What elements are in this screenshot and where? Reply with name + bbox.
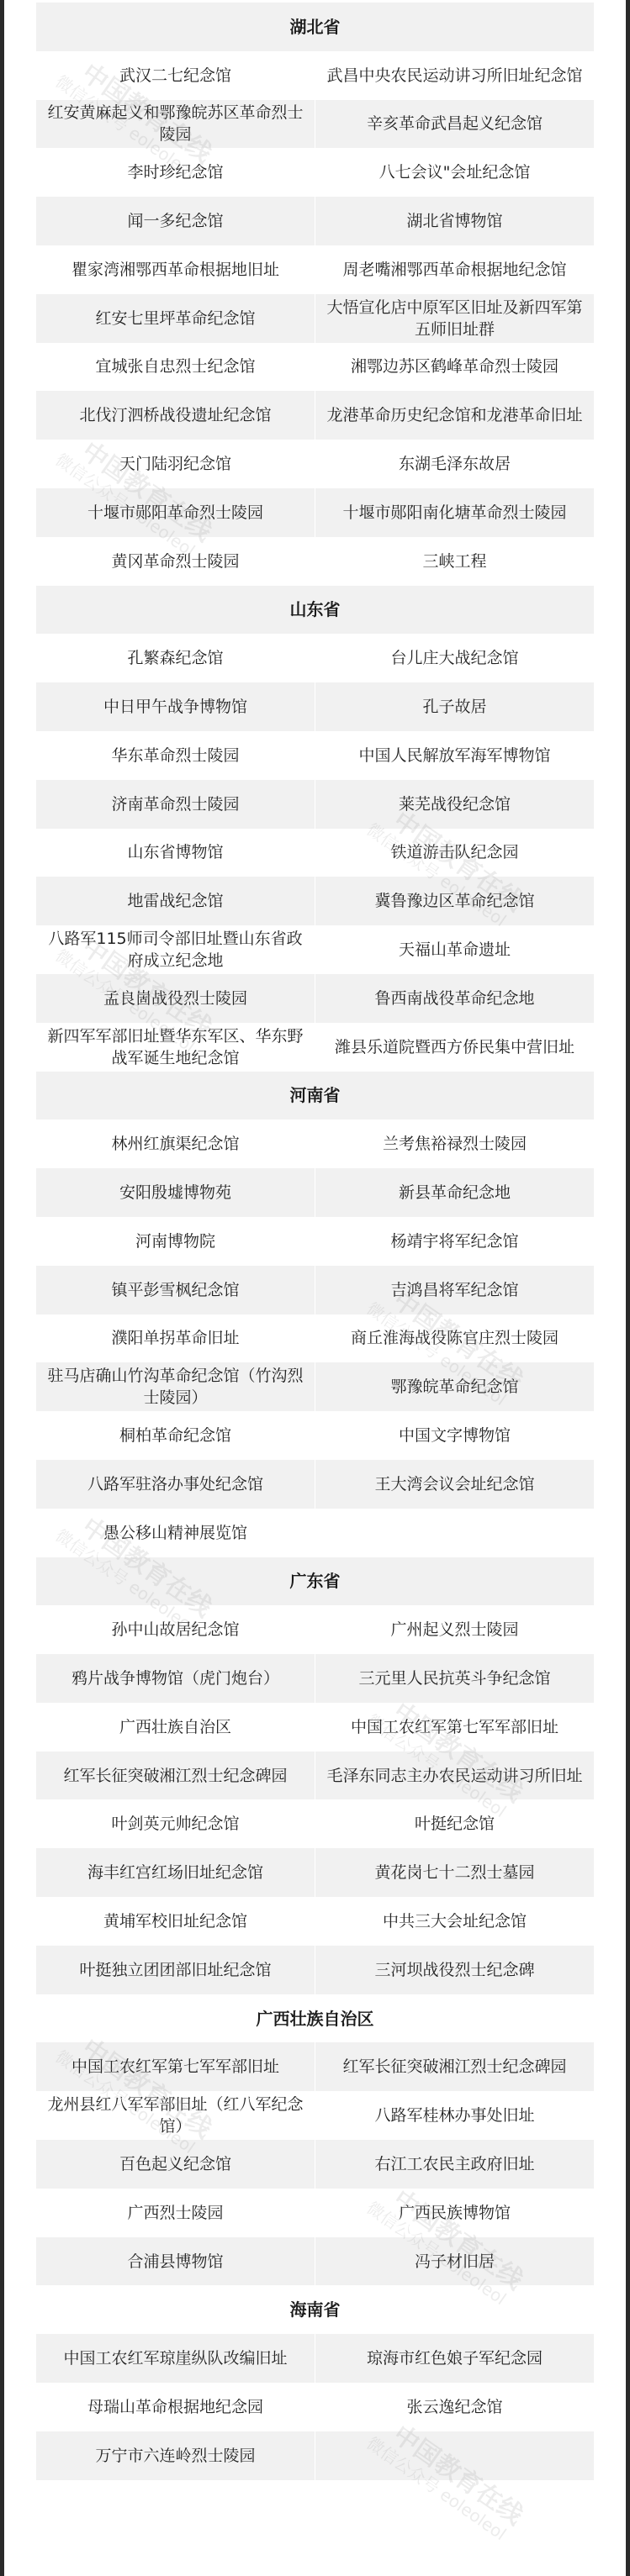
table-row: 安阳殷墟博物苑新县革命纪念地 bbox=[36, 1168, 594, 1217]
section-title: 山东省 bbox=[36, 586, 594, 635]
site-name-right: 湘鄂边苏区鹤峰革命烈士陵园 bbox=[315, 343, 595, 392]
site-name-right: 孔子故居 bbox=[315, 682, 595, 731]
site-name-left: 愚公移山精神展览馆 bbox=[36, 1509, 315, 1557]
site-name-right: 鲁西南战役革命纪念地 bbox=[315, 974, 595, 1023]
site-name-left: 百色起义纪念馆 bbox=[36, 2140, 315, 2189]
site-name-right bbox=[315, 1509, 595, 1557]
site-name-right: 吉鸿昌将军纪念馆 bbox=[315, 1266, 595, 1314]
site-name-right: 中国人民解放军海军博物馆 bbox=[315, 731, 595, 780]
site-name-left: 驻马店确山竹沟革命纪念馆（竹沟烈士陵园） bbox=[36, 1362, 315, 1411]
site-name-left: 十堰市郧阳革命烈士陵园 bbox=[36, 488, 315, 537]
site-name-left: 八路军驻洛办事处纪念馆 bbox=[36, 1460, 315, 1509]
table-row: 鸦片战争博物馆（虎门炮台）三元里人民抗英斗争纪念馆 bbox=[36, 1654, 594, 1703]
site-name-left: 海丰红宫红场旧址纪念馆 bbox=[36, 1848, 315, 1897]
site-name-left: 濮阳单拐革命旧址 bbox=[36, 1314, 315, 1363]
site-name-right: 琼海市红色娘子军纪念园 bbox=[315, 2334, 595, 2383]
table-row: 驻马店确山竹沟革命纪念馆（竹沟烈士陵园）鄂豫皖革命纪念馆 bbox=[36, 1362, 594, 1411]
site-name-left: 黄埔军校旧址纪念馆 bbox=[36, 1897, 315, 1946]
site-name-left: 镇平彭雪枫纪念馆 bbox=[36, 1266, 315, 1314]
section-header-row: 湖北省 bbox=[36, 3, 594, 51]
table-row: 八路军115师司令部旧址暨山东省政府成立纪念地天福山革命遗址 bbox=[36, 925, 594, 974]
table-row: 天门陆羽纪念馆东湖毛泽东故居 bbox=[36, 440, 594, 488]
site-name-left: 北伐汀泗桥战役遗址纪念馆 bbox=[36, 391, 315, 440]
site-name-right: 台儿庄大战纪念馆 bbox=[315, 634, 595, 682]
site-name-left: 八路军115师司令部旧址暨山东省政府成立纪念地 bbox=[36, 925, 315, 974]
table-row: 中日甲午战争博物馆孔子故居 bbox=[36, 682, 594, 731]
table-row: 濮阳单拐革命旧址商丘淮海战役陈官庄烈士陵园 bbox=[36, 1314, 594, 1363]
table-row: 宜城张自忠烈士纪念馆湘鄂边苏区鹤峰革命烈士陵园 bbox=[36, 343, 594, 392]
site-name-right: 八七会议"会址纪念馆 bbox=[315, 148, 595, 197]
site-name-right: 鄂豫皖革命纪念馆 bbox=[315, 1362, 595, 1411]
site-name-left: 黄冈革命烈士陵园 bbox=[36, 537, 315, 586]
site-name-left: 孙中山故居纪念馆 bbox=[36, 1605, 315, 1654]
site-name-right: 中共三大会址纪念馆 bbox=[315, 1897, 595, 1946]
table-row: 愚公移山精神展览馆 bbox=[36, 1509, 594, 1557]
site-name-right: 毛泽东同志主办农民运动讲习所旧址 bbox=[315, 1752, 595, 1800]
table-row: 山东省博物馆铁道游击队纪念园 bbox=[36, 829, 594, 877]
site-name-right: 三峡工程 bbox=[315, 537, 595, 586]
site-name-right: 铁道游击队纪念园 bbox=[315, 829, 595, 877]
site-name-left: 武汉二七纪念馆 bbox=[36, 51, 315, 100]
table-row: 镇平彭雪枫纪念馆吉鸿昌将军纪念馆 bbox=[36, 1266, 594, 1314]
site-name-left: 孟良崮战役烈士陵园 bbox=[36, 974, 315, 1023]
site-name-left: 河南博物院 bbox=[36, 1217, 315, 1266]
site-name-right: 莱芜战役纪念馆 bbox=[315, 780, 595, 829]
site-name-right: 兰考焦裕禄烈士陵园 bbox=[315, 1119, 595, 1168]
site-name-right: 红军长征突破湘江烈士纪念碑园 bbox=[315, 2042, 595, 2091]
site-name-left: 林州红旗渠纪念馆 bbox=[36, 1119, 315, 1168]
table-row: 百色起义纪念馆右江工农民主政府旧址 bbox=[36, 2140, 594, 2189]
site-name-left: 万宁市六连岭烈士陵园 bbox=[36, 2431, 315, 2480]
site-name-right: 龙港革命历史纪念馆和龙港革命旧址 bbox=[315, 391, 595, 440]
site-name-right: 湖北省博物馆 bbox=[315, 197, 595, 245]
site-name-right: 广州起义烈士陵园 bbox=[315, 1605, 595, 1654]
right-frame-border bbox=[626, 0, 630, 2576]
table-row: 叶剑英元帅纪念馆叶挺纪念馆 bbox=[36, 1799, 594, 1848]
section-header-row: 河南省 bbox=[36, 1072, 594, 1120]
site-name-right: 三河坝战役烈士纪念碑 bbox=[315, 1946, 595, 1994]
site-name-right bbox=[315, 2431, 595, 2480]
site-name-left: 广西壮族自治区 bbox=[36, 1703, 315, 1752]
table-row: 中国工农红军第七军军部旧址红军长征突破湘江烈士纪念碑园 bbox=[36, 2042, 594, 2091]
table-row: 母瑞山革命根据地纪念园张云逸纪念馆 bbox=[36, 2383, 594, 2431]
table-row: 地雷战纪念馆冀鲁豫边区革命纪念馆 bbox=[36, 877, 594, 925]
site-name-right: 大悟宣化店中原军区旧址及新四军第五师旧址群 bbox=[315, 294, 595, 343]
table-row: 黄埔军校旧址纪念馆中共三大会址纪念馆 bbox=[36, 1897, 594, 1946]
site-name-right: 中国文字博物馆 bbox=[315, 1411, 595, 1460]
table-row: 十堰市郧阳革命烈士陵园十堰市郧阳南化塘革命烈士陵园 bbox=[36, 488, 594, 537]
table-body: 湖北省武汉二七纪念馆武昌中央农民运动讲习所旧址纪念馆红安黄麻起义和鄂豫皖苏区革命… bbox=[36, 3, 594, 2480]
section-header-row: 广东省 bbox=[36, 1557, 594, 1606]
table-row: 合浦县博物馆冯子材旧居 bbox=[36, 2237, 594, 2286]
site-name-left: 龙州县红八军军部旧址（红八军纪念馆） bbox=[36, 2091, 315, 2140]
site-name-right: 冯子材旧居 bbox=[315, 2237, 595, 2286]
table-row: 李时珍纪念馆八七会议"会址纪念馆 bbox=[36, 148, 594, 197]
table-row: 红安七里坪革命纪念馆大悟宣化店中原军区旧址及新四军第五师旧址群 bbox=[36, 294, 594, 343]
table-row: 瞿家湾湘鄂西革命根据地旧址周老嘴湘鄂西革命根据地纪念馆 bbox=[36, 245, 594, 294]
site-name-left: 中国工农红军琼崖纵队改编旧址 bbox=[36, 2334, 315, 2383]
section-header-row: 海南省 bbox=[36, 2285, 594, 2334]
section-title: 广东省 bbox=[36, 1557, 594, 1606]
site-name-left: 红军长征突破湘江烈士纪念碑园 bbox=[36, 1752, 315, 1800]
site-name-left: 中国工农红军第七军军部旧址 bbox=[36, 2042, 315, 2091]
site-name-right: 黄花岗七十二烈士墓园 bbox=[315, 1848, 595, 1897]
site-name-right: 周老嘴湘鄂西革命根据地纪念馆 bbox=[315, 245, 595, 294]
table-row: 八路军驻洛办事处纪念馆王大湾会议会址纪念馆 bbox=[36, 1460, 594, 1509]
table-row: 北伐汀泗桥战役遗址纪念馆龙港革命历史纪念馆和龙港革命旧址 bbox=[36, 391, 594, 440]
site-name-left: 山东省博物馆 bbox=[36, 829, 315, 877]
site-name-left: 孔繁森纪念馆 bbox=[36, 634, 315, 682]
site-name-right: 中国工农红军第七军军部旧址 bbox=[315, 1703, 595, 1752]
section-title: 海南省 bbox=[36, 2285, 594, 2334]
section-header-row: 广西壮族自治区 bbox=[36, 1994, 594, 2043]
site-name-left: 天门陆羽纪念馆 bbox=[36, 440, 315, 488]
table-row: 孙中山故居纪念馆广州起义烈士陵园 bbox=[36, 1605, 594, 1654]
site-name-right: 潍县乐道院暨西方侨民集中营旧址 bbox=[315, 1023, 595, 1072]
site-name-left: 桐柏革命纪念馆 bbox=[36, 1411, 315, 1460]
table-row: 红安黄麻起义和鄂豫皖苏区革命烈士陵园辛亥革命武昌起义纪念馆 bbox=[36, 100, 594, 149]
site-name-left: 广西烈士陵园 bbox=[36, 2189, 315, 2237]
table-row: 海丰红宫红场旧址纪念馆黄花岗七十二烈士墓园 bbox=[36, 1848, 594, 1897]
site-name-left: 新四军军部旧址暨华东军区、华东野战军诞生地纪念馆 bbox=[36, 1023, 315, 1072]
table-row: 红军长征突破湘江烈士纪念碑园毛泽东同志主办农民运动讲习所旧址 bbox=[36, 1752, 594, 1800]
site-name-left: 地雷战纪念馆 bbox=[36, 877, 315, 925]
table-row: 新四军军部旧址暨华东军区、华东野战军诞生地纪念馆潍县乐道院暨西方侨民集中营旧址 bbox=[36, 1023, 594, 1072]
site-name-right: 十堰市郧阳南化塘革命烈士陵园 bbox=[315, 488, 595, 537]
section-title: 湖北省 bbox=[36, 3, 594, 51]
site-name-right: 张云逸纪念馆 bbox=[315, 2383, 595, 2431]
table-row: 中国工农红军琼崖纵队改编旧址琼海市红色娘子军纪念园 bbox=[36, 2334, 594, 2383]
site-name-left: 李时珍纪念馆 bbox=[36, 148, 315, 197]
site-name-left: 闻一多纪念馆 bbox=[36, 197, 315, 245]
site-name-right: 右江工农民主政府旧址 bbox=[315, 2140, 595, 2189]
table-row: 龙州县红八军军部旧址（红八军纪念馆）八路军桂林办事处旧址 bbox=[36, 2091, 594, 2140]
table-row: 林州红旗渠纪念馆兰考焦裕禄烈士陵园 bbox=[36, 1119, 594, 1168]
site-name-left: 叶剑英元帅纪念馆 bbox=[36, 1799, 315, 1848]
table-row: 黄冈革命烈士陵园三峡工程 bbox=[36, 537, 594, 586]
site-name-right: 商丘淮海战役陈官庄烈士陵园 bbox=[315, 1314, 595, 1363]
site-name-left: 宜城张自忠烈士纪念馆 bbox=[36, 343, 315, 392]
site-name-right: 东湖毛泽东故居 bbox=[315, 440, 595, 488]
site-name-left: 华东革命烈士陵园 bbox=[36, 731, 315, 780]
memorial-sites-table-container: 湖北省武汉二七纪念馆武昌中央农民运动讲习所旧址纪念馆红安黄麻起义和鄂豫皖苏区革命… bbox=[36, 3, 594, 2480]
table-row: 河南博物院杨靖宇将军纪念馆 bbox=[36, 1217, 594, 1266]
site-name-right: 杨靖宇将军纪念馆 bbox=[315, 1217, 595, 1266]
site-name-left: 红安黄麻起义和鄂豫皖苏区革命烈士陵园 bbox=[36, 100, 315, 149]
section-title: 河南省 bbox=[36, 1072, 594, 1120]
site-name-right: 辛亥革命武昌起义纪念馆 bbox=[315, 100, 595, 149]
site-name-left: 鸦片战争博物馆（虎门炮台） bbox=[36, 1654, 315, 1703]
table-row: 华东革命烈士陵园中国人民解放军海军博物馆 bbox=[36, 731, 594, 780]
site-name-left: 红安七里坪革命纪念馆 bbox=[36, 294, 315, 343]
site-name-right: 王大湾会议会址纪念馆 bbox=[315, 1460, 595, 1509]
site-name-left: 母瑞山革命根据地纪念园 bbox=[36, 2383, 315, 2431]
site-name-left: 合浦县博物馆 bbox=[36, 2237, 315, 2286]
site-name-right: 叶挺纪念馆 bbox=[315, 1799, 595, 1848]
site-name-right: 武昌中央农民运动讲习所旧址纪念馆 bbox=[315, 51, 595, 100]
site-name-right: 冀鲁豫边区革命纪念馆 bbox=[315, 877, 595, 925]
table-row: 孔繁森纪念馆台儿庄大战纪念馆 bbox=[36, 634, 594, 682]
site-name-right: 八路军桂林办事处旧址 bbox=[315, 2091, 595, 2140]
table-row: 广西壮族自治区中国工农红军第七军军部旧址 bbox=[36, 1703, 594, 1752]
table-row: 万宁市六连岭烈士陵园 bbox=[36, 2431, 594, 2480]
table-row: 武汉二七纪念馆武昌中央农民运动讲习所旧址纪念馆 bbox=[36, 51, 594, 100]
left-frame-border bbox=[0, 0, 4, 2576]
site-name-right: 广西民族博物馆 bbox=[315, 2189, 595, 2237]
table-row: 叶挺独立团团部旧址纪念馆三河坝战役烈士纪念碑 bbox=[36, 1946, 594, 1994]
section-title: 广西壮族自治区 bbox=[36, 1994, 594, 2043]
table-row: 广西烈士陵园广西民族博物馆 bbox=[36, 2189, 594, 2237]
section-header-row: 山东省 bbox=[36, 586, 594, 635]
site-name-left: 中日甲午战争博物馆 bbox=[36, 682, 315, 731]
memorial-sites-table: 湖北省武汉二七纪念馆武昌中央农民运动讲习所旧址纪念馆红安黄麻起义和鄂豫皖苏区革命… bbox=[36, 3, 594, 2480]
site-name-left: 叶挺独立团团部旧址纪念馆 bbox=[36, 1946, 315, 1994]
site-name-right: 天福山革命遗址 bbox=[315, 925, 595, 974]
table-row: 桐柏革命纪念馆中国文字博物馆 bbox=[36, 1411, 594, 1460]
site-name-left: 安阳殷墟博物苑 bbox=[36, 1168, 315, 1217]
table-row: 孟良崮战役烈士陵园鲁西南战役革命纪念地 bbox=[36, 974, 594, 1023]
site-name-right: 新县革命纪念地 bbox=[315, 1168, 595, 1217]
site-name-left: 瞿家湾湘鄂西革命根据地旧址 bbox=[36, 245, 315, 294]
site-name-left: 济南革命烈士陵园 bbox=[36, 780, 315, 829]
site-name-right: 三元里人民抗英斗争纪念馆 bbox=[315, 1654, 595, 1703]
table-row: 济南革命烈士陵园莱芜战役纪念馆 bbox=[36, 780, 594, 829]
table-row: 闻一多纪念馆湖北省博物馆 bbox=[36, 197, 594, 245]
